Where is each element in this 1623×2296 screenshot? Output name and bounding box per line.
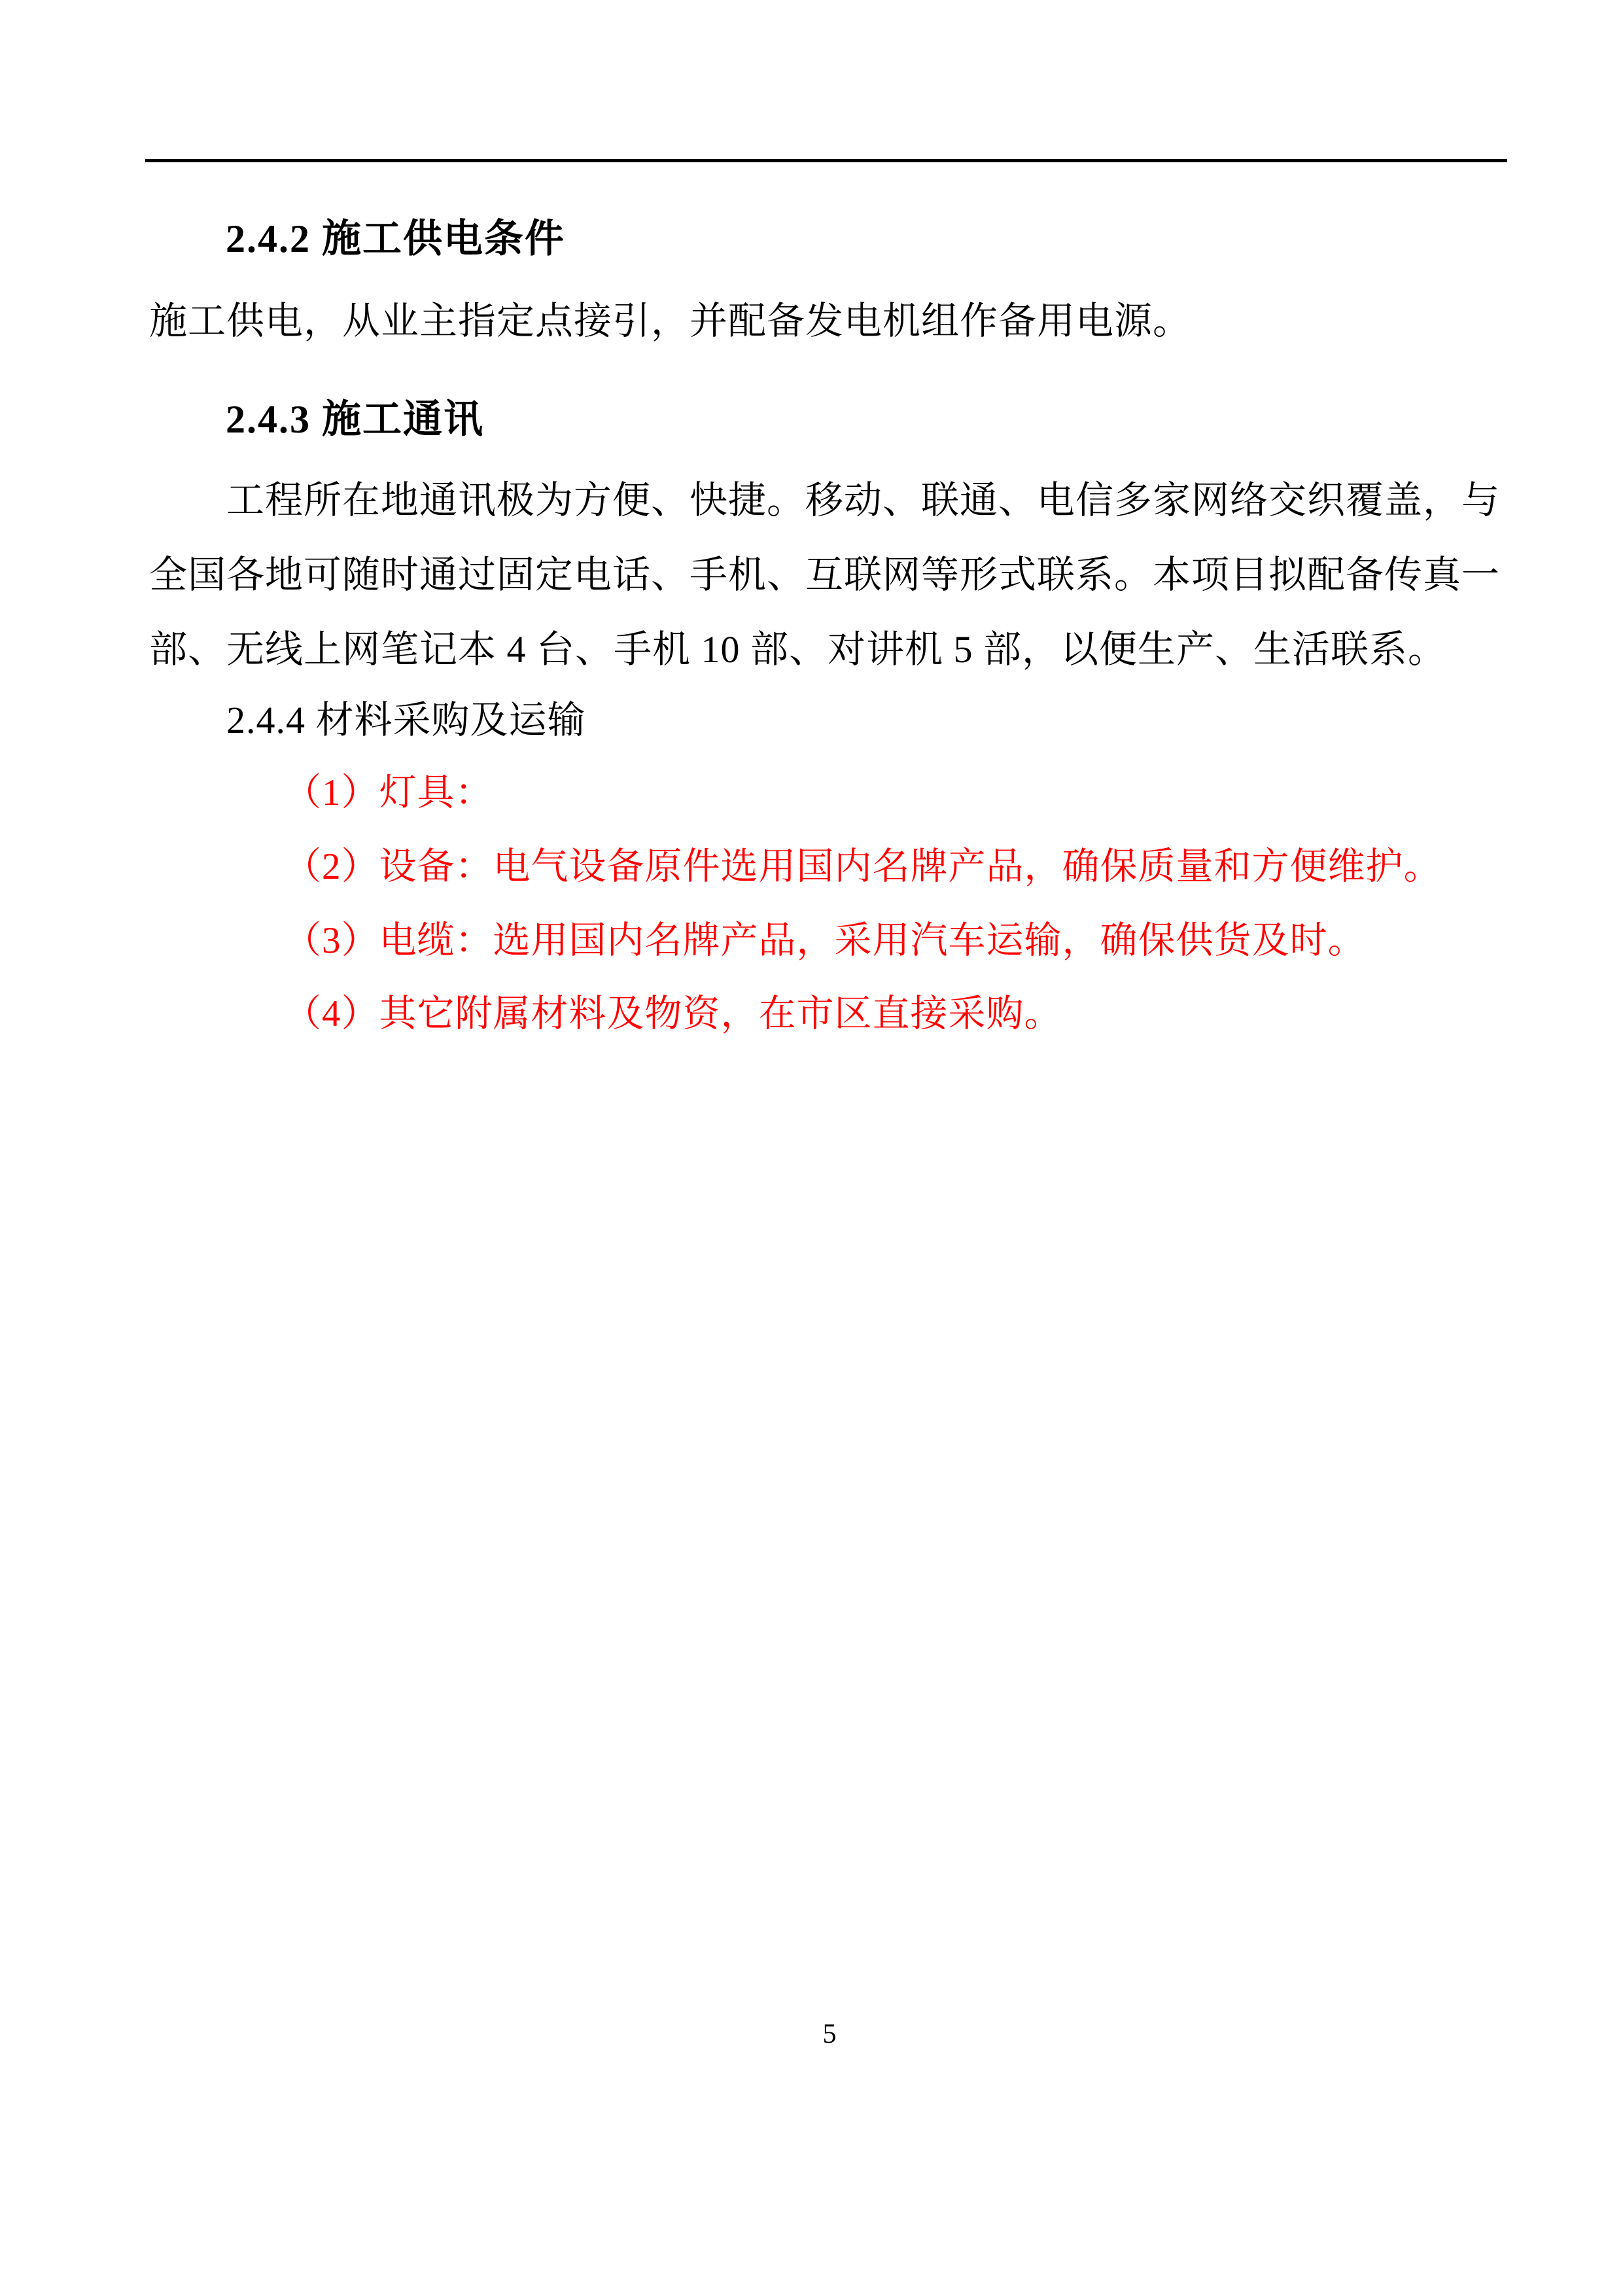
paragraph-2-4-3-line-2: 全国各地可随时通过固定电话、手机、互联网等形式联系。本项目拟配备传真一 — [149, 550, 1510, 601]
red-list-item-3: （3）电缆：选用国内名牌产品，采用汽车运输，确保供货及时。 — [284, 916, 1527, 966]
document-page: 2.4.2 施工供电条件 施工供电，从业主指定点接引，并配备发电机组作备用电源。… — [0, 0, 1623, 2296]
section-heading-2-4-4: 2.4.4 材料采购及运输 — [149, 695, 1587, 746]
paragraph-2-4-3-line-3: 部、无线上网笔记本 4 台、手机 10 部、对讲机 5 部，以便生产、生活联系。 — [149, 624, 1510, 675]
red-list-item-4: （4）其它附属材料及物资，在市区直接采购。 — [284, 989, 1527, 1039]
paragraph-2-4-2: 施工供电，从业主指定点接引，并配备发电机组作备用电源。 — [149, 296, 1510, 347]
paragraph-2-4-3-line-1: 工程所在地通讯极为方便、快捷。移动、联通、电信多家网络交织覆盖，与 — [149, 475, 1587, 526]
section-heading-2-4-3: 2.4.3 施工通讯 — [226, 394, 484, 445]
section-heading-2-4-2: 2.4.2 施工供电条件 — [226, 213, 565, 264]
header-rule — [145, 159, 1507, 162]
page-number: 5 — [149, 2019, 1510, 2050]
red-list-item-1: （1）灯具： — [284, 768, 1527, 818]
red-list-item-2: （2）设备：电气设备原件选用国内名牌产品，确保质量和方便维护。 — [284, 842, 1527, 892]
